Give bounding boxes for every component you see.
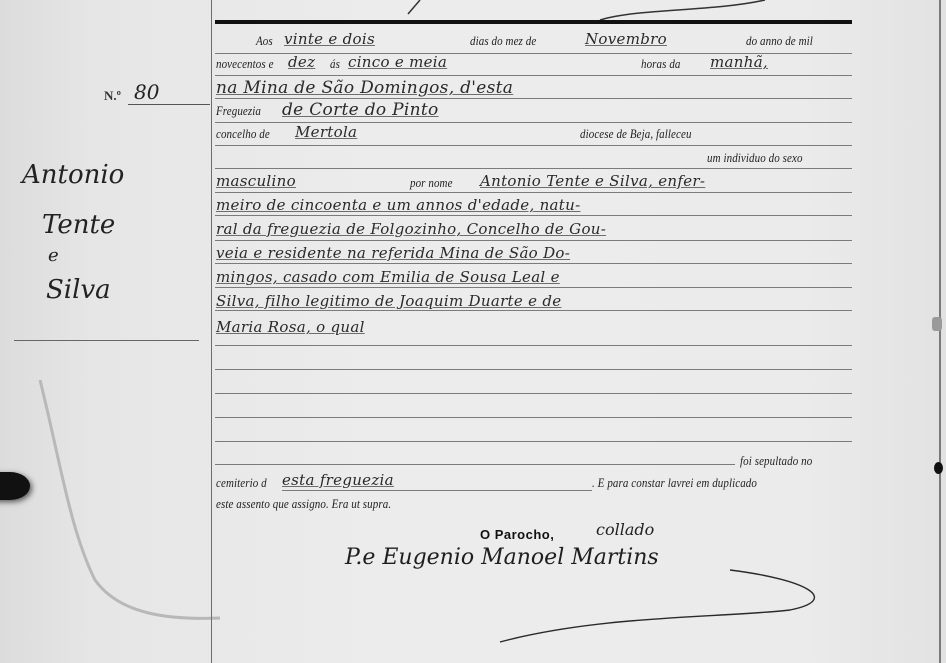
binding-clip <box>932 317 942 331</box>
register-page: N.º 80 Antonio Tente e Silva Aos vinte e… <box>0 0 946 663</box>
entry-number: 80 <box>134 80 159 104</box>
ruled-line <box>215 215 852 216</box>
margin-name-line-1: Antonio <box>22 160 124 190</box>
printed-novecentos: novecentos e <box>216 57 274 72</box>
printed-diocese: diocese de Beja, falleceu <box>580 127 692 142</box>
ruled-line <box>215 441 852 442</box>
signature-flourish <box>340 560 840 660</box>
priest-status: collado <box>596 520 654 539</box>
ruled-line <box>215 393 852 394</box>
narrative-line-2: ral da freguezia de Folgozinho, Concelho… <box>216 220 606 238</box>
printed-dias-do-mez: dias do mez de <box>470 34 536 49</box>
narrative-line-3: veia e residente na referida Mina de São… <box>216 244 570 262</box>
printed-um-individuo: um individuo do sexo <box>707 151 803 166</box>
ruled-line <box>215 310 852 311</box>
month-field: Novembro <box>585 30 667 48</box>
page-edge <box>939 0 941 663</box>
ruled-line <box>215 98 852 99</box>
entry-number-rule <box>128 104 210 105</box>
ruled-line <box>215 464 735 465</box>
day-field: vinte e dois <box>284 30 375 48</box>
cemetery-field: esta freguezia <box>282 471 394 489</box>
parish-field: de Corte do Pinto <box>282 100 439 120</box>
margin-name-rule <box>14 340 199 341</box>
printed-do-anno: do anno de mil <box>746 34 813 49</box>
municipality-field: Mertola <box>295 123 357 141</box>
narrative-line-1: meiro de cincoenta e um annos d'edade, n… <box>216 196 580 214</box>
narrative-line-4: mingos, casado com Emilia de Sousa Leal … <box>216 268 560 286</box>
ruled-line <box>282 490 592 491</box>
printed-concelho-de: concelho de <box>216 127 270 142</box>
ruled-line <box>215 145 852 146</box>
ruled-line <box>215 263 852 264</box>
ruled-line <box>215 417 852 418</box>
printed-e-para-constar: . E para constar lavrei em duplicado <box>592 476 757 491</box>
entry-separator-rule <box>215 20 852 24</box>
parish-priest-title: O Parocho, <box>480 527 554 542</box>
year-field: dez <box>288 53 315 71</box>
ruled-line <box>215 75 852 76</box>
name-field: Antonio Tente e Silva, enfer- <box>480 172 705 190</box>
printed-cemiterio: cemiterio d <box>216 476 267 491</box>
narrative-line-6: Maria Rosa, o qual <box>216 318 365 336</box>
sex-field: masculino <box>216 172 296 190</box>
margin-name-line-3: e <box>48 245 59 266</box>
previous-entry-flourish <box>380 0 780 22</box>
printed-freguezia: Freguezia <box>216 104 261 119</box>
hour-field: cinco e meia <box>348 53 447 71</box>
ruled-line <box>215 287 852 288</box>
margin-divider <box>211 0 212 663</box>
printed-por-nome: por nome <box>410 176 453 191</box>
printed-as: ás <box>330 57 340 72</box>
printed-aos: Aos <box>256 34 273 49</box>
time-of-day-field: manhã, <box>710 53 768 71</box>
ruled-line <box>215 240 852 241</box>
binding-hole <box>934 462 943 474</box>
printed-horas-da: horas da <box>641 57 681 72</box>
margin-name-line-2: Tente <box>42 210 115 240</box>
printed-este-assento: este assento que assigno. Era ut supra. <box>216 497 391 512</box>
place-field: na Mina de São Domingos, d'esta <box>216 78 513 98</box>
ruled-line <box>215 369 852 370</box>
entry-number-label: N.º <box>104 88 121 104</box>
ruled-line <box>215 168 852 169</box>
ruled-line <box>215 192 852 193</box>
narrative-line-5: Silva, filho legitimo de Joaquim Duarte … <box>216 292 561 310</box>
margin-name-line-4: Silva <box>46 275 111 305</box>
printed-foi-sepultado: foi sepultado no <box>740 454 812 469</box>
ruled-line <box>215 345 852 346</box>
paper-fold-crease <box>0 380 220 663</box>
